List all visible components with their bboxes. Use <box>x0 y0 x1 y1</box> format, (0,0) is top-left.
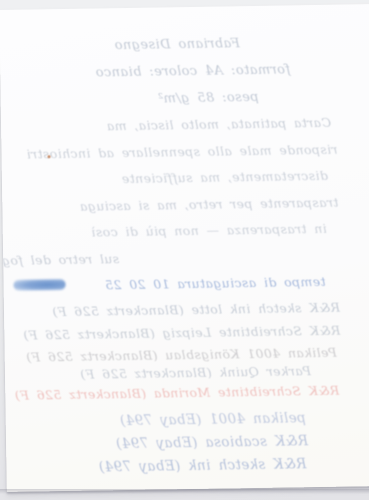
paper-bottom-shadow <box>0 489 369 494</box>
handwriting-line: R&K scabiosa (Ebay 794) <box>116 433 309 452</box>
handwriting-line: Carta patinata, molto liscia, ma <box>106 115 331 134</box>
handwriting-line: R&K sketch ink (Ebay 794) <box>98 456 306 475</box>
handwriting-line: R&K Schreibtinte Morinda (Blanckertz 526… <box>14 383 339 403</box>
scanner-background: Fabriano Disegno formato: A4 colore: bia… <box>0 0 369 500</box>
handwriting-line: in trasparenza — non più di così <box>91 221 327 240</box>
handwriting-line: tempo di asciugatura 10 20 25 <box>105 274 326 292</box>
handwriting-layer: Fabriano Disegno formato: A4 colore: bia… <box>29 5 343 492</box>
handwriting-line: R&K sketch ink lotte (Blanckertz 526 F) <box>52 300 340 320</box>
ink-speck-artifact <box>48 155 51 158</box>
handwriting-line: sul retro del foglio. <box>0 251 119 268</box>
handwriting-line: peso: 85 g/m² <box>157 90 258 107</box>
handwriting-line: Pelikan 4001 Königsblau (Blanckertz 526 … <box>26 345 337 365</box>
paper-sheet: Fabriano Disegno formato: A4 colore: bia… <box>0 4 369 492</box>
handwriting-line: discretamente, ma sufficiente <box>121 168 328 186</box>
ink-swatch-smear <box>13 279 65 291</box>
handwriting-line: trasparente per retro, ma si asciuga <box>79 195 338 214</box>
handwriting-line: risponde male allo spennellare ad inchio… <box>26 142 337 162</box>
handwriting-line: Parker Quink (Blanckertz 526 F) <box>80 363 311 382</box>
handwriting-line: Fabriano Disegno <box>114 36 240 53</box>
handwriting-line: pelikan 4001 (Ebay 794) <box>119 410 305 429</box>
handwriting-line: formato: A4 colore: bianco <box>95 62 290 80</box>
handwriting-line: R&K Schreibtinte Leipzig (Blanckertz 526… <box>23 323 340 343</box>
